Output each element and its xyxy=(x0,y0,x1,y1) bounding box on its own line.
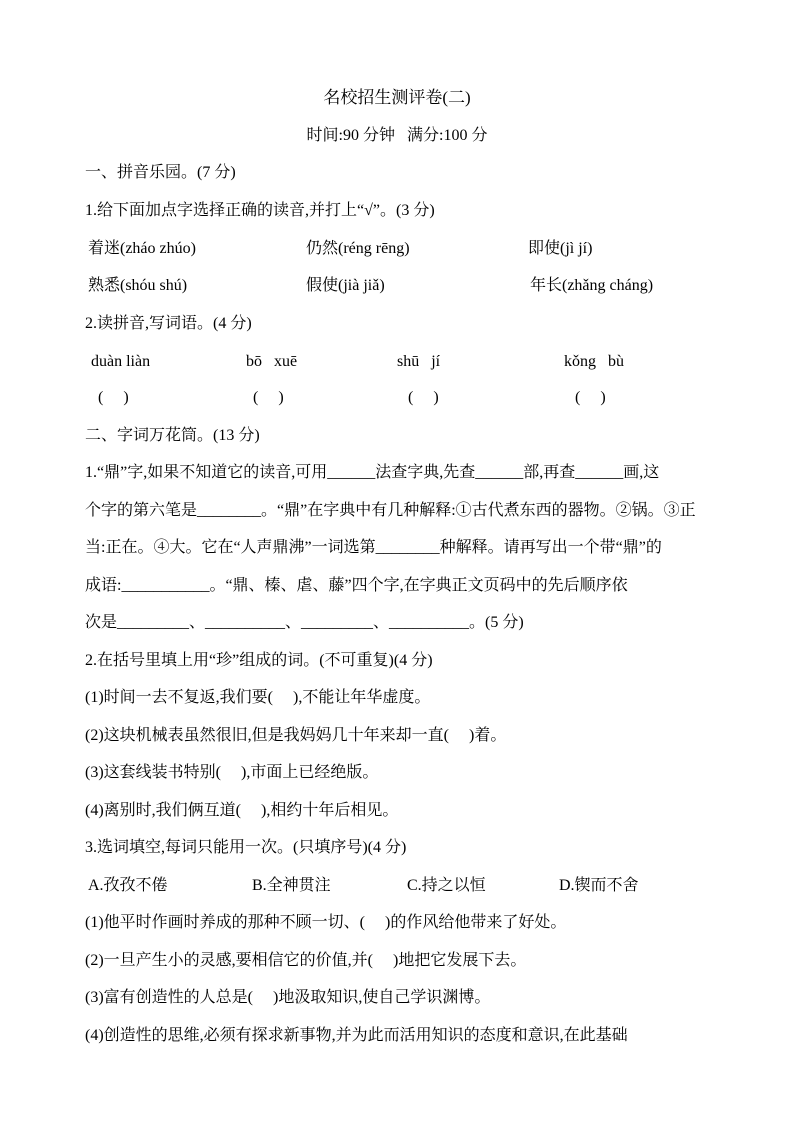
ding-question-line-3: 当:正在。④大。它在“人声鼎沸”一词选第________种解释。请再写出一个带“… xyxy=(85,536,715,560)
pinyin-duanlian: duàn liàn xyxy=(91,350,150,374)
ding-question-line-2: 个字的第六笔是________。“鼎”在字典中有几种解释:①古代煮东西的器物。②… xyxy=(85,499,715,523)
answer-blank-1: ( ) xyxy=(98,386,129,410)
zhen-question-prompt: 2.在括号里填上用“珍”组成的词。(不可重复)(4 分) xyxy=(85,649,715,673)
choice-shuxi: 熟悉(shóu shú) xyxy=(88,274,187,298)
section2-heading: 二、字词万花筒。(13 分) xyxy=(85,424,715,448)
word-fill-item-2: (2)一旦产生小的灵感,要相信它的价值,并( )地把它发展下去。 xyxy=(85,949,715,973)
time-and-score-line: 时间:90 分钟 满分:100 分 xyxy=(0,124,794,148)
answer-blank-4: ( ) xyxy=(575,386,606,410)
q1-choices-row1: 着迷(zháo zhúo) 仍然(réng rēng) 即使(jì jí) xyxy=(85,237,715,261)
option-c: C.持之以恒 xyxy=(407,874,486,898)
option-b: B.全神贯注 xyxy=(252,874,331,898)
word-fill-item-4: (4)创造性的思维,必须有探求新事物,并为此而活用知识的态度和意识,在此基础 xyxy=(85,1024,715,1048)
word-fill-options-row: A.孜孜不倦 B.全神贯注 C.持之以恒 D.锲而不舍 xyxy=(85,874,715,898)
q2-answer-blanks-row: ( ) ( ) ( ) ( ) xyxy=(85,386,715,410)
q2-prompt: 2.读拼音,写词语。(4 分) xyxy=(85,312,715,336)
q2-pinyin-row: duàn liàn bō xuē shū jí kǒng bù xyxy=(85,350,715,374)
choice-zhaomi: 着迷(zháo zhúo) xyxy=(88,237,196,261)
zhen-item-4: (4)离别时,我们俩互道( ),相约十年后相见。 xyxy=(85,799,715,823)
pinyin-kongbu: kǒng bù xyxy=(564,350,624,374)
zhen-item-1: (1)时间一去不复返,我们要( ),不能让年华虚度。 xyxy=(85,686,715,710)
option-a: A.孜孜不倦 xyxy=(88,874,168,898)
option-d: D.锲而不舍 xyxy=(559,874,639,898)
section1-heading: 一、拼音乐园。(7 分) xyxy=(85,161,715,185)
q1-prompt: 1.给下面加点字选择正确的读音,并打上“√”。(3 分) xyxy=(85,199,715,223)
choice-rengran: 仍然(réng rēng) xyxy=(306,237,410,261)
word-fill-item-1: (1)他平时作画时养成的那种不顾一切、( )的作风给他带来了好处。 xyxy=(85,911,715,935)
ding-question-line-5: 次是_________、__________、_________、_______… xyxy=(85,611,715,635)
word-fill-item-3: (3)富有创造性的人总是( )地汲取知识,使自己学识渊博。 xyxy=(85,986,715,1010)
page-title: 名校招生测评卷(二) xyxy=(0,86,794,110)
word-fill-prompt: 3.选词填空,每词只能用一次。(只填序号)(4 分) xyxy=(85,836,715,860)
pinyin-boxue: bō xuē xyxy=(246,350,297,374)
choice-jishi: 即使(jì jí) xyxy=(528,237,592,261)
ding-question-line-1: 1.“鼎”字,如果不知道它的读音,可用______法查字典,先查______部,… xyxy=(85,461,715,485)
answer-blank-2: ( ) xyxy=(253,386,284,410)
exam-paper-page: 名校招生测评卷(二) 时间:90 分钟 满分:100 分 一、拼音乐园。(7 分… xyxy=(0,0,794,1123)
pinyin-shuji: shū jí xyxy=(397,350,440,374)
ding-question-line-4: 成语:___________。“鼎、榛、虐、藤”四个字,在字典正文页码中的先后顺… xyxy=(85,574,715,598)
answer-blank-3: ( ) xyxy=(408,386,439,410)
q1-choices-row2: 熟悉(shóu shú) 假使(jià jiǎ) 年长(zhǎng cháng) xyxy=(85,274,715,298)
choice-jiashi: 假使(jià jiǎ) xyxy=(306,274,385,298)
zhen-item-2: (2)这块机械表虽然很旧,但是我妈妈几十年来却一直( )着。 xyxy=(85,724,715,748)
choice-nianzhang: 年长(zhǎng cháng) xyxy=(530,274,653,298)
zhen-item-3: (3)这套线装书特别( ),市面上已经绝版。 xyxy=(85,761,715,785)
